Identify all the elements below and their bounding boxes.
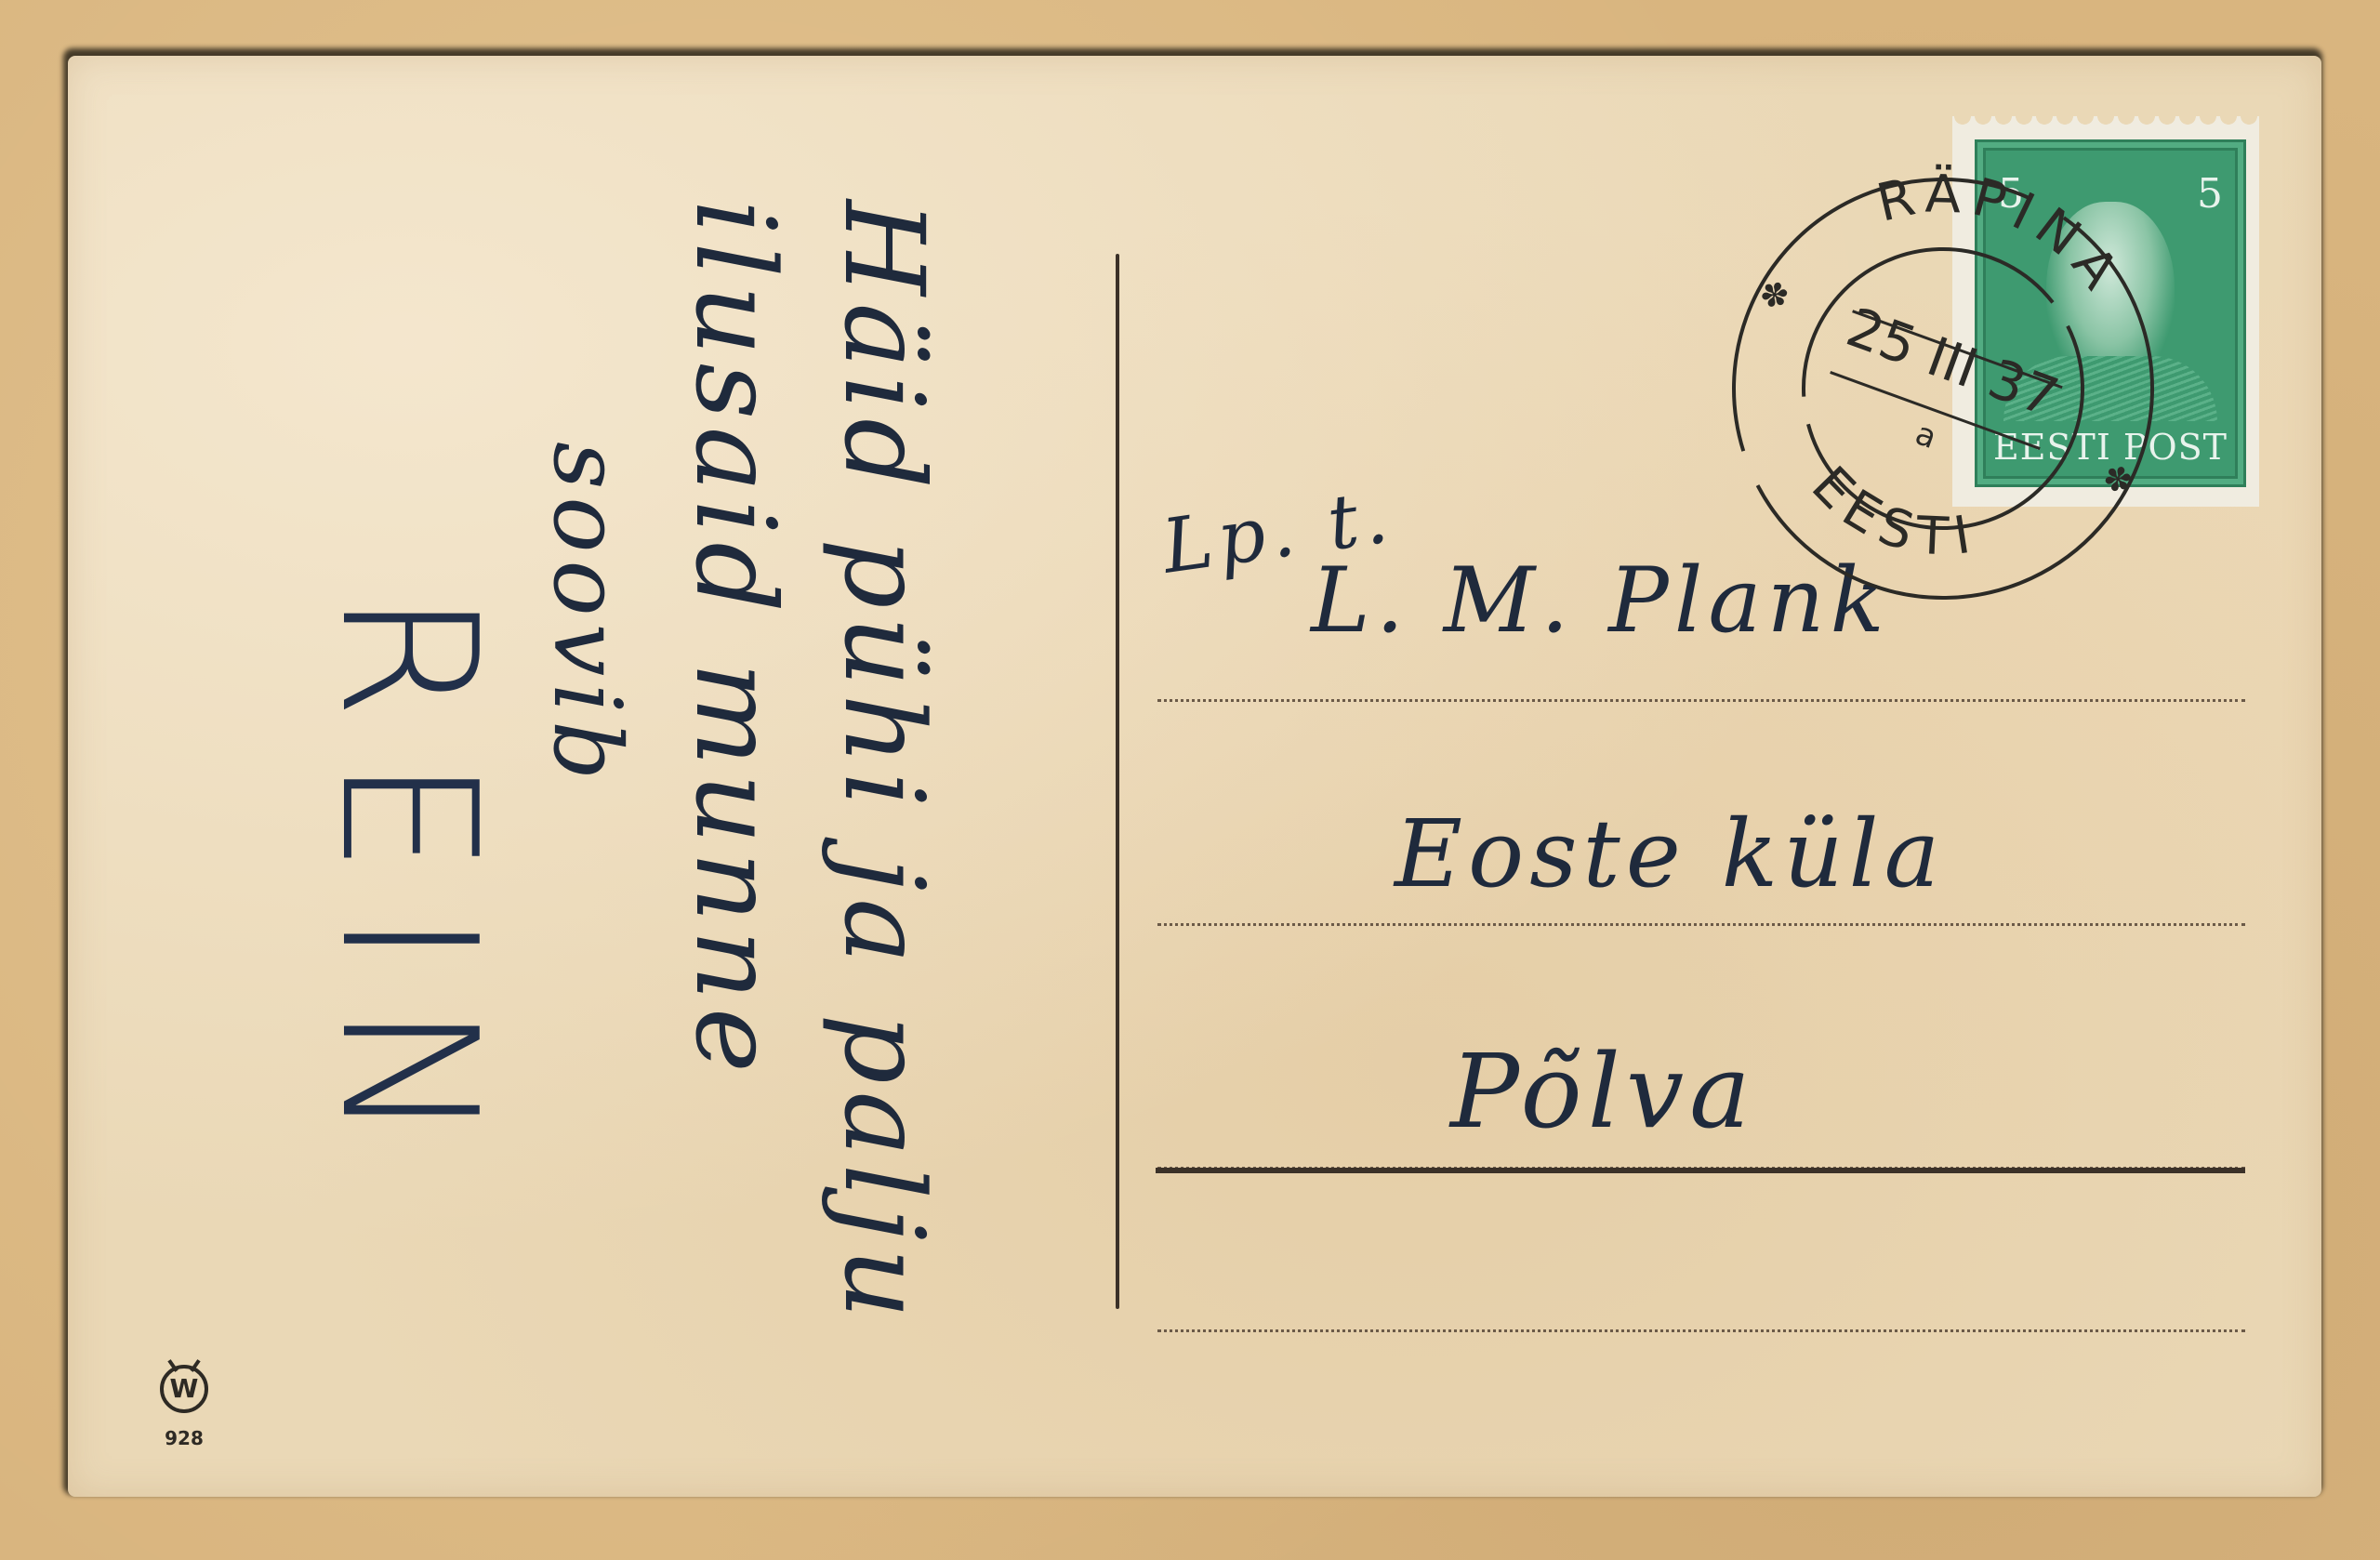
svg-text:25 III 37: 25 III 37 (1839, 296, 2067, 430)
address-rule-2 (1157, 923, 2245, 926)
message-line-2: ilusaid munne (671, 200, 800, 1080)
svg-text:EESTI: EESTI (1791, 446, 2002, 590)
publisher-number: 928 (154, 1427, 214, 1449)
signature: REIN (299, 590, 516, 1180)
handwritten-message: Häid pühi ja palju ilusaid munne soovib … (279, 200, 948, 1483)
stamp-value-right: 5 (2197, 170, 2223, 218)
svg-text:a: a (1911, 415, 1941, 456)
address-town: Põlva (1450, 1032, 1756, 1151)
address-rule-4 (1157, 1329, 2245, 1332)
address-rule-solid (1156, 1168, 2245, 1173)
publisher-logo-icon: W (160, 1365, 208, 1413)
address-village: Eoste küla (1395, 800, 1945, 908)
message-line-3: soovib (533, 442, 641, 787)
svg-text:RÄPINA: RÄPINA (1854, 129, 2151, 319)
svg-text:✽: ✽ (2097, 457, 2136, 503)
vertical-divider (1116, 254, 1119, 1309)
postmark-icon: RÄPINA EESTI 25 III 37 a ✽ ✽ (1701, 147, 2185, 630)
address-rule-1 (1157, 699, 2245, 702)
svg-text:✽: ✽ (1754, 273, 1793, 319)
message-line-1: Häid pühi ja palju (820, 200, 948, 1326)
postmark-cancellation: RÄPINA EESTI 25 III 37 a ✽ ✽ (1701, 147, 2185, 630)
